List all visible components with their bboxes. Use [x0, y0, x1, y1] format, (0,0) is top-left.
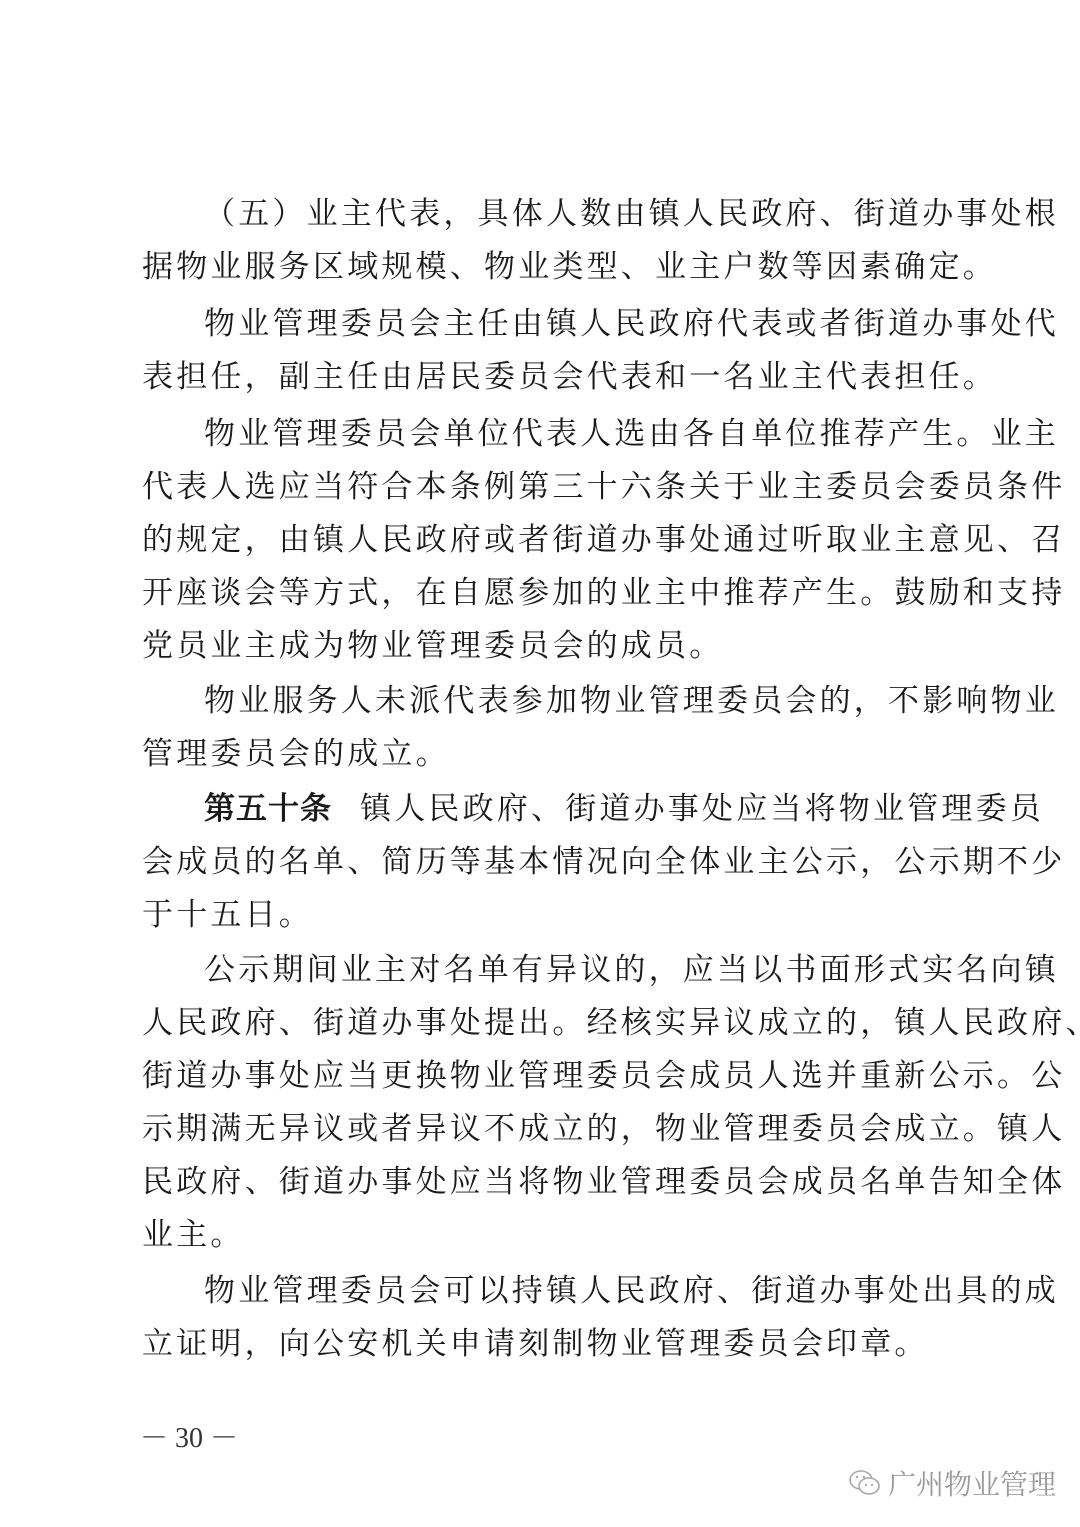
- text-line: 民政府、街道办事处应当将物业管理委员会成员名单告知全体: [142, 1156, 942, 1209]
- watermark: 广州物业管理: [848, 1463, 1056, 1503]
- paragraph-committee-director: 物业管理委员会主任由镇人民政府代表或者街道办事处代 表担任，副主任由居民委员会代…: [142, 298, 942, 404]
- text-line: 街道办事处应当更换物业管理委员会成员人选并重新公示。公: [142, 1050, 942, 1103]
- text-line: 业主。: [142, 1209, 942, 1262]
- paragraph-objection: 公示期间业主对名单有异议的，应当以书面形式实名向镇 人民政府、街道办事处提出。经…: [142, 944, 942, 1262]
- article-label: 第五十条: [204, 791, 332, 827]
- text-line: 公示期间业主对名单有异议的，应当以书面形式实名向镇: [142, 944, 942, 997]
- paragraph-representative-selection: 物业管理委员会单位代表人选由各自单位推荐产生。业主 代表人选应当符合本条例第三十…: [142, 408, 942, 673]
- document-page: （五）业主代表，具体人数由镇人民政府、街道办事处根 据物业服务区域规模、物业类型…: [0, 0, 1080, 1527]
- watermark-text: 广州物业管理: [888, 1463, 1056, 1503]
- text-line: 物业管理委员会主任由镇人民政府代表或者街道办事处代: [142, 298, 942, 351]
- wechat-icon: [848, 1468, 882, 1498]
- paragraph-service-provider: 物业服务人未派代表参加物业管理委员会的，不影响物业 管理委员会的成立。: [142, 675, 942, 781]
- paragraph-seal: 物业管理委员会可以持镇人民政府、街道办事处出具的成 立证明，向公安机关申请刻制物…: [142, 1265, 942, 1371]
- text-line: 的规定，由镇人民政府或者街道办事处通过听取业主意见、召: [142, 514, 942, 567]
- text-line: 物业管理委员会单位代表人选由各自单位推荐产生。业主: [142, 408, 942, 461]
- text-line: 立证明，向公安机关申请刻制物业管理委员会印章。: [142, 1318, 942, 1371]
- paragraph-owner-representatives: （五）业主代表，具体人数由镇人民政府、街道办事处根 据物业服务区域规模、物业类型…: [142, 188, 942, 294]
- text-line: 示期满无异议或者异议不成立的，物业管理委员会成立。镇人: [142, 1103, 942, 1156]
- text-line: 物业管理委员会可以持镇人民政府、街道办事处出具的成: [142, 1265, 942, 1318]
- text-line: 开座谈会等方式，在自愿参加的业主中推荐产生。鼓励和支持: [142, 567, 942, 620]
- text-line: （五）业主代表，具体人数由镇人民政府、街道办事处根: [142, 188, 942, 241]
- text-line: 物业服务人未派代表参加物业管理委员会的，不影响物业: [142, 675, 942, 728]
- text-line: 第五十条镇人民政府、街道办事处应当将物业管理委员: [142, 783, 942, 836]
- text-line: 于十五日。: [142, 889, 942, 942]
- text-line: 会成员的名单、简历等基本情况向全体业主公示，公示期不少: [142, 836, 942, 889]
- article-text: 镇人民政府、街道办事处应当将物业管理委员: [360, 791, 1044, 827]
- text-line: 代表人选应当符合本条例第三十六条关于业主委员会委员条件: [142, 461, 942, 514]
- text-line: 管理委员会的成立。: [142, 728, 942, 781]
- text-line: 表担任，副主任由居民委员会代表和一名业主代表担任。: [142, 351, 942, 404]
- paragraph-article-50: 第五十条镇人民政府、街道办事处应当将物业管理委员 会成员的名单、简历等基本情况向…: [142, 783, 942, 942]
- text-line: 据物业服务区域规模、物业类型、业主户数等因素确定。: [142, 241, 942, 294]
- text-line: 党员业主成为物业管理委员会的成员。: [142, 620, 942, 673]
- page-number: － 30 －: [140, 1416, 238, 1456]
- text-line: 人民政府、街道办事处提出。经核实异议成立的，镇人民政府、: [142, 997, 942, 1050]
